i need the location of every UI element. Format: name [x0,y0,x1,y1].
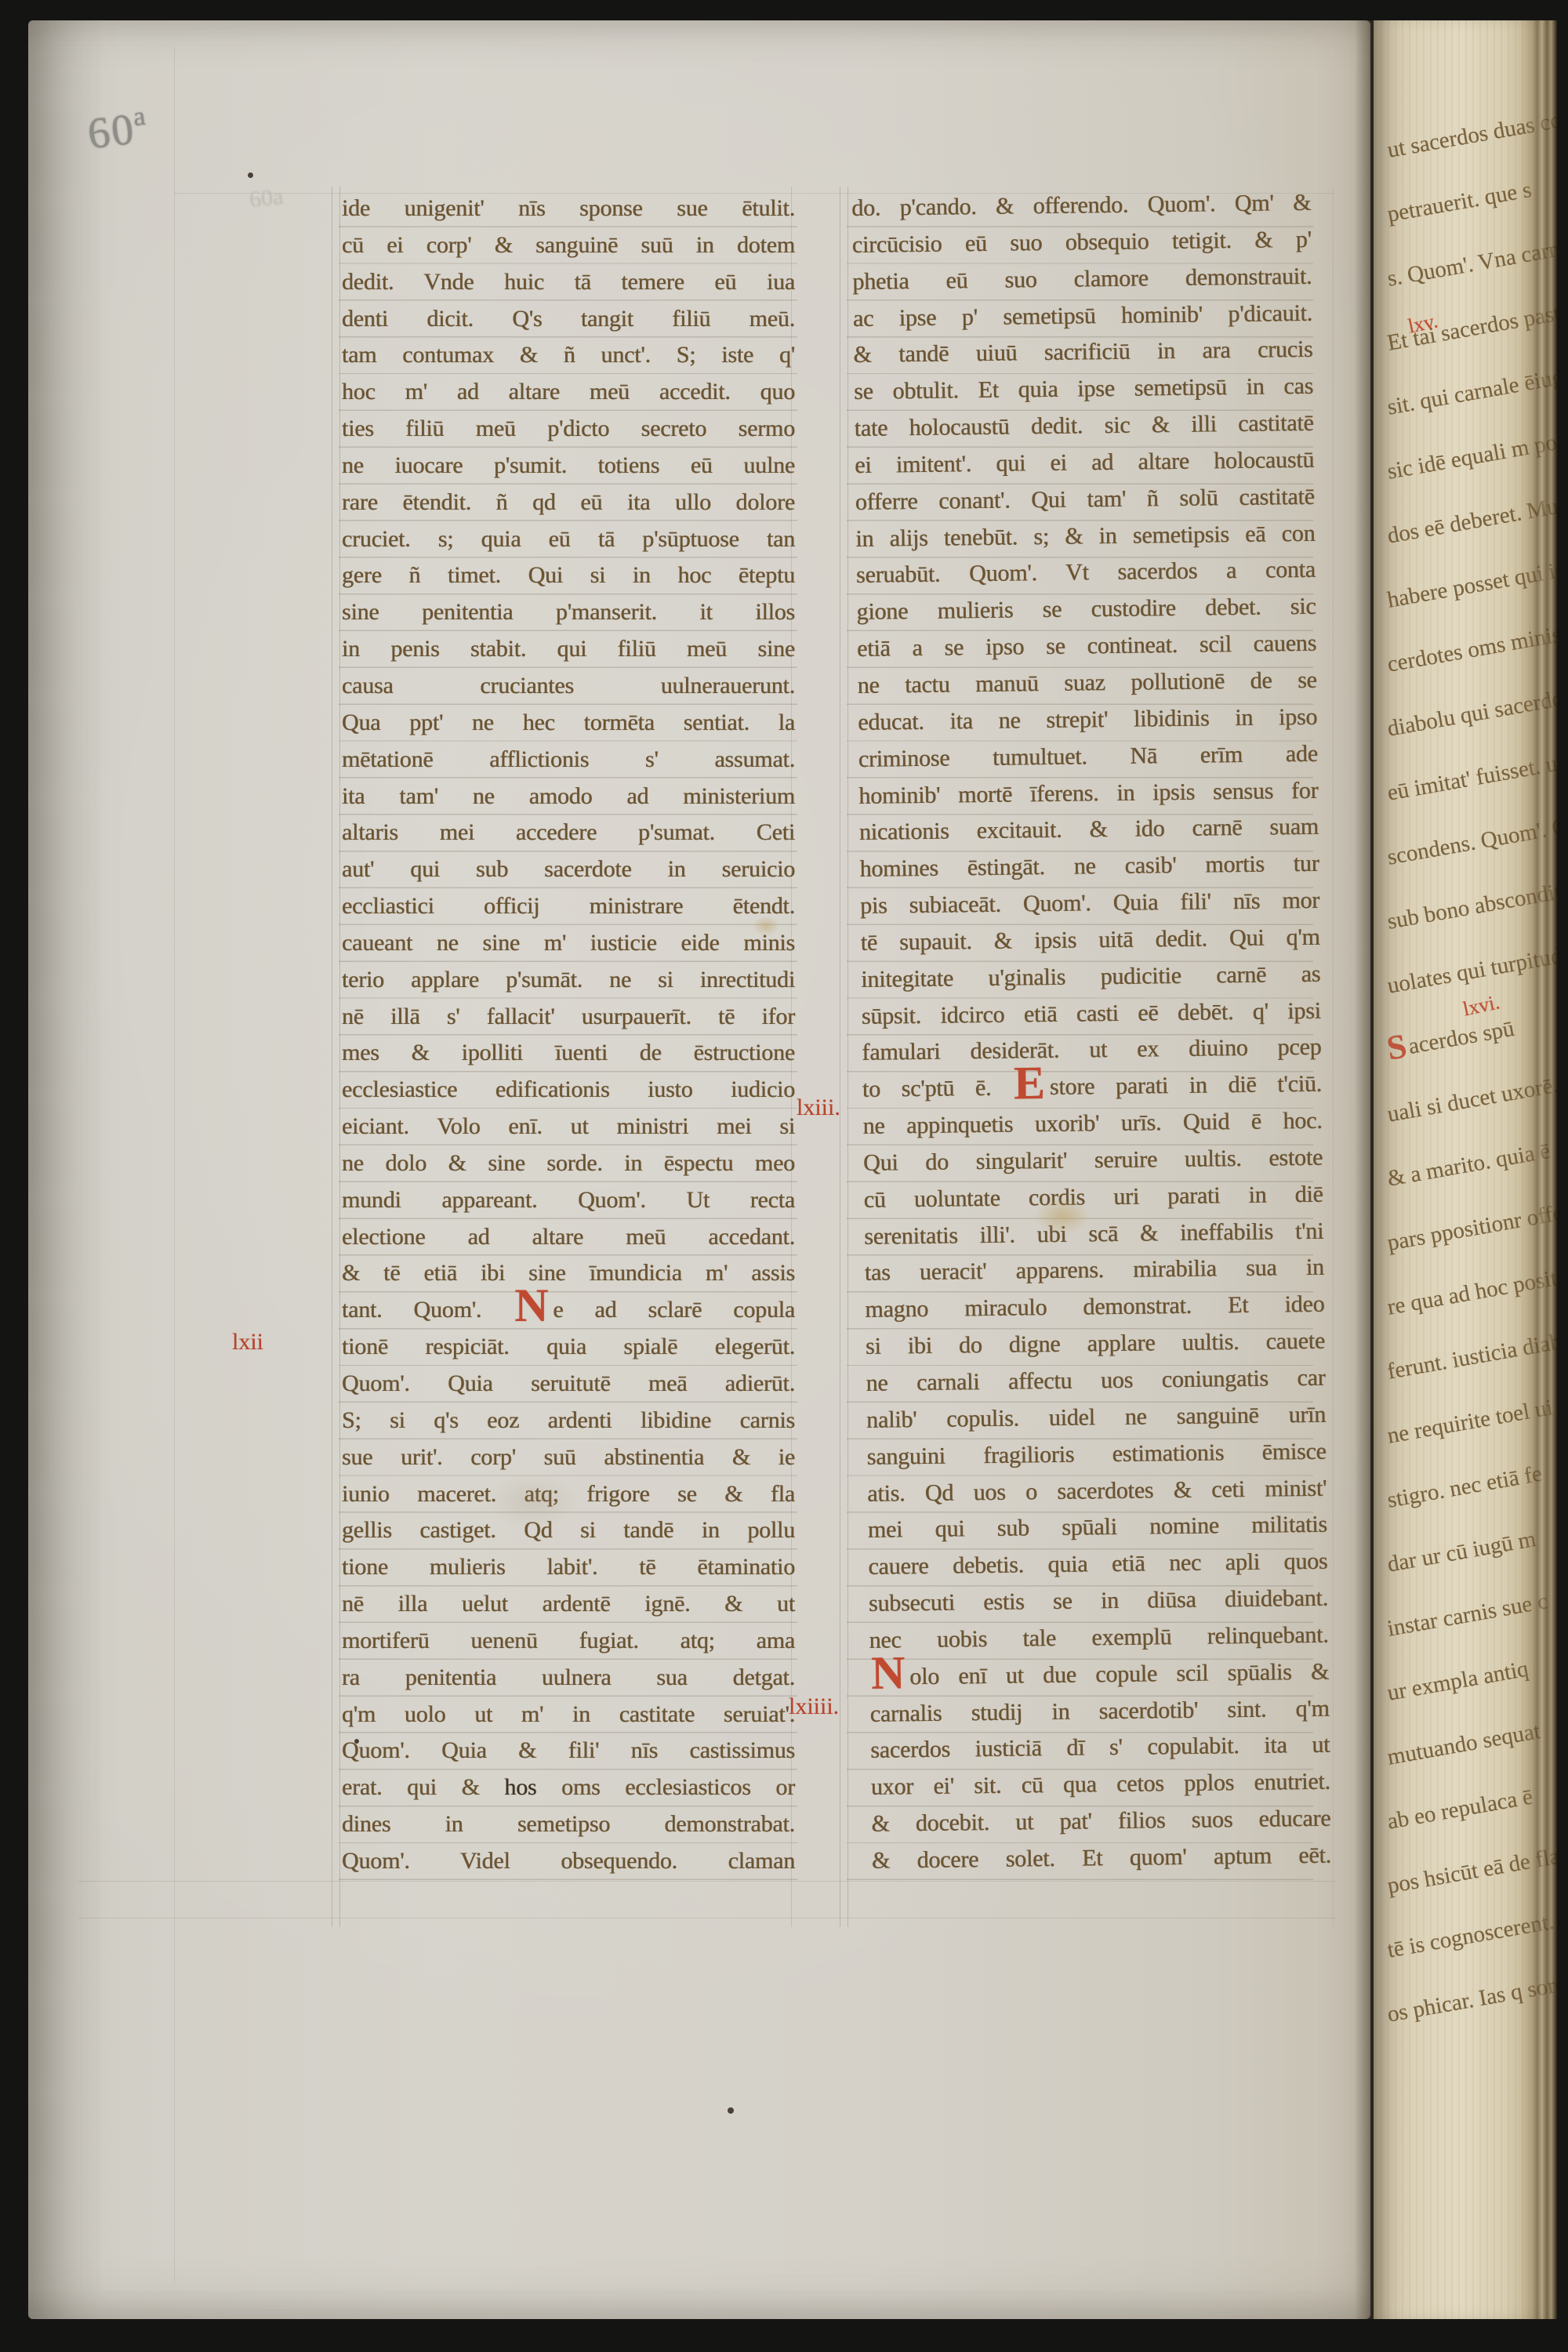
text-line: seruabūt. Quom'. Vt sacerdos a conta [856,552,1316,594]
text-line: carnalis studij in sacerdotib' sint. q'm [869,1690,1330,1733]
text-line: nec uobis tale exemplū relinquebant. [869,1617,1329,1660]
edge-text-line: uolates qui turpitud [1385,943,1557,1000]
text-line: ei imitent'. qui ei ad altare holocaustū [855,442,1315,485]
text-line: ita tam' ne amodo ad ministerium [342,779,795,815]
text-line: rare ētendit. ñ qd eū ita ullo dolore [342,485,795,521]
text-line: eccliastici officij ministrare ētendt. [342,888,795,925]
text-segment: oms ecclesiasticos or [536,1774,795,1800]
edge-text-line: re qua ad hoc posit s [1385,1263,1557,1321]
text-line: in alijs tenebūt. s; & in semetipsis eā … [855,515,1316,557]
text-line: offerre conant'. Qui tam' ñ solū castita… [855,479,1316,521]
text-line: gellis castiget. Qd si tandē in pollu [342,1512,795,1549]
edge-text-line: ferunt. iusticia diabo [1385,1327,1557,1385]
text-line: nē illā s' fallacit' usurpauerīt. tē ifo… [342,999,795,1036]
text-line: iunio maceret. atq; frigore se & fla [342,1476,795,1513]
text-line: ties filiū meū p'dicto secreto sermo [342,411,795,448]
text-line: erat. qui & hos oms ecclesiasticos or [342,1769,795,1806]
next-page-edge: ut sacerdos duas copulpetrauerit. que ss… [1374,20,1557,2319]
text-line: Nolo enī ut due copule scil spūalis & [869,1653,1330,1696]
edge-text-line: ab eo repulaca ē [1385,1784,1534,1835]
text-line: S; si q's eoz ardenti libidine carnis [342,1403,795,1439]
text-line: mes & ipolliti īuenti de ēstructione [342,1035,795,1072]
text-segment: hos [504,1774,536,1800]
text-line: se obtulit. Et quia ipse semetipsū in ca… [854,368,1314,411]
text-line: tate holocaustū dedit. sic & illi castit… [854,405,1314,448]
text-line: Qui do singularit' seruire uultis. estot… [863,1140,1323,1182]
edge-text-line: mutuando sequat [1385,1719,1542,1771]
text-line: homines ēstingāt. ne casib' mortis tur [859,846,1319,888]
text-line: ne appinquetis uxorib' urīs. Quid ē hoc. [862,1103,1323,1145]
text-line: terio applare p'sumāt. ne si inrectitudi [342,962,795,999]
text-line: cū uoluntate cordis uri parati in diē [863,1177,1323,1219]
text-line: initegitate u'ginalis pudicitie carnē as [861,956,1321,998]
text-line: sue urit'. corp' suū abstinentia & ie [342,1439,795,1476]
edge-text-line: scondens. Quom'. Qm u [1385,808,1557,871]
text-line: tam contumax & ñ unct'. S; iste q' [342,337,795,374]
text-line: altaris mei accedere p'sumat. Ceti [342,815,795,851]
text-segment: olo enī ut due copule scil spūalis & [909,1658,1329,1690]
text-segment: acerdos spū [1406,1016,1516,1059]
text-line: pis subiaceāt. Quom'. Quia fili' nīs mor [860,883,1320,925]
edge-text-line: Sacerdos spū [1385,1016,1516,1064]
edge-text-line: uali si ducet uxorē. n [1385,1069,1557,1128]
edge-text-line: cerdotes oms ministri [1385,619,1557,678]
text-line: educat. ita ne strepit' libidinis in ips… [858,699,1318,742]
text-segment: e ad sclarē copula [553,1297,795,1323]
text-line: ne iuocare p'sumit. totiens eū uulne [342,448,795,485]
edge-text-line: sic idē equali m posside [1385,422,1557,485]
text-line: phetia eū suo clamore demonstrauit. [852,259,1312,301]
chapter-number: lxii [232,1329,263,1356]
text-segment: tant. Quom'. [342,1297,513,1323]
edge-text-line: pos hsicūt eā de fla [1385,1844,1557,1900]
edge-text-line: dos eē deberet. Multi [1385,491,1557,550]
edge-text-line: dar ur cū iugū m [1385,1526,1537,1578]
rubric-initial: E [1012,1057,1051,1109]
text-line: ra penitentia uulnera sua detgat. [342,1660,795,1697]
text-segment: store parati in diē t'ciū. [1050,1071,1322,1100]
text-line: & docebit. ut pat' filios suos educare [871,1801,1331,1843]
text-line: ecclesiastice edificationis iusto iudici… [342,1072,795,1109]
text-line: electione ad altare meū accedant. [342,1219,795,1256]
text-line: Quom'. Quia seruitutē meā adierūt. [342,1366,795,1403]
text-line: q'm uolo ut m' in castitate seruiat'. [342,1697,795,1733]
text-line: tionē respiciāt. quia spialē elegerūt. [342,1329,795,1366]
text-line: & tandē uiuū sacrificiū in ara crucis [853,332,1313,374]
text-line: cū ei corp' & sanguinē suū in dotem [342,227,795,264]
text-line: Quom'. Videl obsequendo. claman [342,1843,795,1880]
edge-text-line: pars ppositionr offer [1385,1199,1557,1257]
text-line: sanguini fragilioris estimationis ēmisce [866,1433,1327,1475]
text-line: tas ueracit' apparens. mirabilia sua in [865,1250,1325,1292]
text-line: causa cruciantes uulnerauerunt. [342,668,795,705]
text-line: mei qui sub spūali nomine militatis [868,1507,1328,1549]
edge-text-line: petrauerit. que s [1385,177,1534,228]
text-line: nalib' copulis. uidel ne sanguinē urīn [866,1397,1327,1439]
text-line: Quom'. Quia & fili' nīs castissimus [342,1733,795,1769]
text-line: & docere solet. Et quom' aptum eēt. [872,1838,1332,1880]
chapter-number: lxiii. [797,1094,840,1121]
text-line: cruciet. s; quia eū tā p'sūptuose tan [342,521,795,558]
text-line: ne carnali affectu uos coniungatis car [866,1360,1326,1403]
edge-text-line: sub bono abscondit. u [1385,875,1557,935]
edge-text-line: os phicar. Ias q sord [1385,1971,1557,2028]
text-line: circūcisio eū suo obsequio tetigit. & p' [852,222,1312,264]
text-line: mundi appareant. Quom'. Ut recta [342,1182,795,1219]
text-line: etiā a se ipso se contineat. scil cauens [857,626,1317,668]
text-line: tione mulieris labit'. tē ētaminatio [342,1549,795,1586]
text-line: eiciant. Volo enī. ut ministri mei si [342,1109,795,1145]
text-line: & tē etiā ibi sine īmundicia m' assis [342,1255,795,1292]
edge-text-line: diabolu qui sacerdos ill [1385,680,1557,742]
folio-ink-offset-ghost: 60a [248,183,285,213]
text-line: aut' qui sub sacerdote in seruicio [342,851,795,888]
text-line: nē illa uelut ardentē ignē. & ut [342,1586,795,1623]
text-line: magno miraculo demonstrat. Et ideo [865,1287,1325,1329]
text-line: denti dicit. Q's tangit filiū meū. [342,301,795,338]
text-line: dedit. Vnde huic tā temere eū iua [342,264,795,301]
text-line: ide unigenit' nīs sponse sue ētulit. [342,191,795,227]
text-segment: to sc'ptū ē. [862,1075,1012,1102]
text-line: ne dolo & sine sorde. in ēspectu meo [342,1145,795,1182]
text-line: mortiferū uenenū fugiat. atq; ama [342,1623,795,1660]
edge-text-line: s. Quom'. Vna carnali [1385,233,1557,292]
text-line: subsecuti estis se in diūsa diuidebant. [869,1581,1329,1623]
text-line: nicationis excitauit. & ido carnē suam [859,809,1319,851]
edge-text-line: tē is cognoscerent. [1385,1909,1555,1964]
text-line: criminose tumultuet. Nā erīm ade [858,735,1319,778]
text-line: cauere debetis. quia etiā nec apli quos [868,1544,1328,1586]
text-line: serenitatis illi'. ubi scā & ineffabilis… [864,1213,1324,1255]
text-line: sūpsit. idcirco etiā casti eē debēt. q' … [862,993,1322,1035]
chapter-number: lxiiii. [789,1693,839,1720]
text-line: uxor ei' sit. cū qua cetos pplos enutrie… [871,1764,1331,1806]
text-line: in penis stabit. qui filiū meū sine [342,631,795,668]
rubric-initial: N [869,1646,910,1699]
text-line: hominib' mortē īferens. in ipsis sensus … [858,772,1319,815]
text-line: sine penitentia p'manserit. it illos [342,594,795,631]
edge-text-line: ut sacerdos duas copul [1385,103,1557,164]
edge-text-line: stigro. nec etiā fe [1385,1461,1544,1514]
text-line: gere ñ timet. Qui si in hoc ēteptu [342,557,795,594]
rubric-initial: N [513,1279,553,1331]
text-line: famulari desiderāt. ut ex diuino pcep [862,1029,1322,1072]
text-line: do. p'cando. & offerendo. Quom'. Qm' & [851,185,1312,227]
text-line: tant. Quom'. Ne ad sclarē copula [342,1292,795,1329]
edge-text-line: instar carnis sue c [1385,1588,1550,1642]
edge-text-line: & a marito. quia ē [1385,1138,1552,1192]
pencil-folio-number: 60a [85,102,151,160]
text-line: mētationē afflictionis s' assumat. [342,742,795,779]
edge-text-line: sit. qui carnale ēiugiū [1385,361,1557,421]
manuscript-photo: ut sacerdos duas copulpetrauerit. que ss… [0,0,1568,2352]
text-line: ne tactu manuū suaz pollutionē de se [857,662,1317,705]
left-text-column: ide unigenit' nīs sponse sue ētulit.cū e… [342,191,795,1880]
edge-text-line: eū imitat' fuisset. uen [1385,747,1557,806]
right-text-column: do. p'cando. & offerendo. Quom'. Qm' &ci… [851,185,1331,1880]
text-line: ac ipse p' semetipsū hominib' p'dicauit. [853,295,1313,337]
text-segment: erat. qui & [342,1774,504,1800]
text-line: caueant ne sine m' iusticie eide minis [342,925,795,962]
edge-text-line: habere posset qui ipsi [1385,554,1557,614]
text-line: hoc m' ad altare meū accedit. quo [342,374,795,411]
text-line: si ibi do digne applare uultis. cauete [866,1323,1326,1366]
text-line: dines in semetipso demonstrabat. [342,1806,795,1843]
text-line: to sc'ptū ē. Estore parati in diē t'ciū. [862,1066,1323,1109]
text-line: gione mulieris se custodire debet. sic [856,589,1316,631]
edge-text-line: ur exmpla antiq [1385,1657,1530,1707]
text-line: sacerdos iusticiā dī s' copulabit. ita u… [870,1727,1330,1769]
text-line: atis. Qd uos o sacerdotes & ceti minist' [867,1470,1327,1512]
rubric-initial: S [1384,1026,1412,1068]
text-line: Qua ppt' ne hec tormēta sentiat. la [342,705,795,742]
text-line: tē supauit. & ipsis uitā dedit. Qui q'm [860,920,1320,962]
edge-text-line: ne requirite toel ui [1385,1395,1555,1450]
